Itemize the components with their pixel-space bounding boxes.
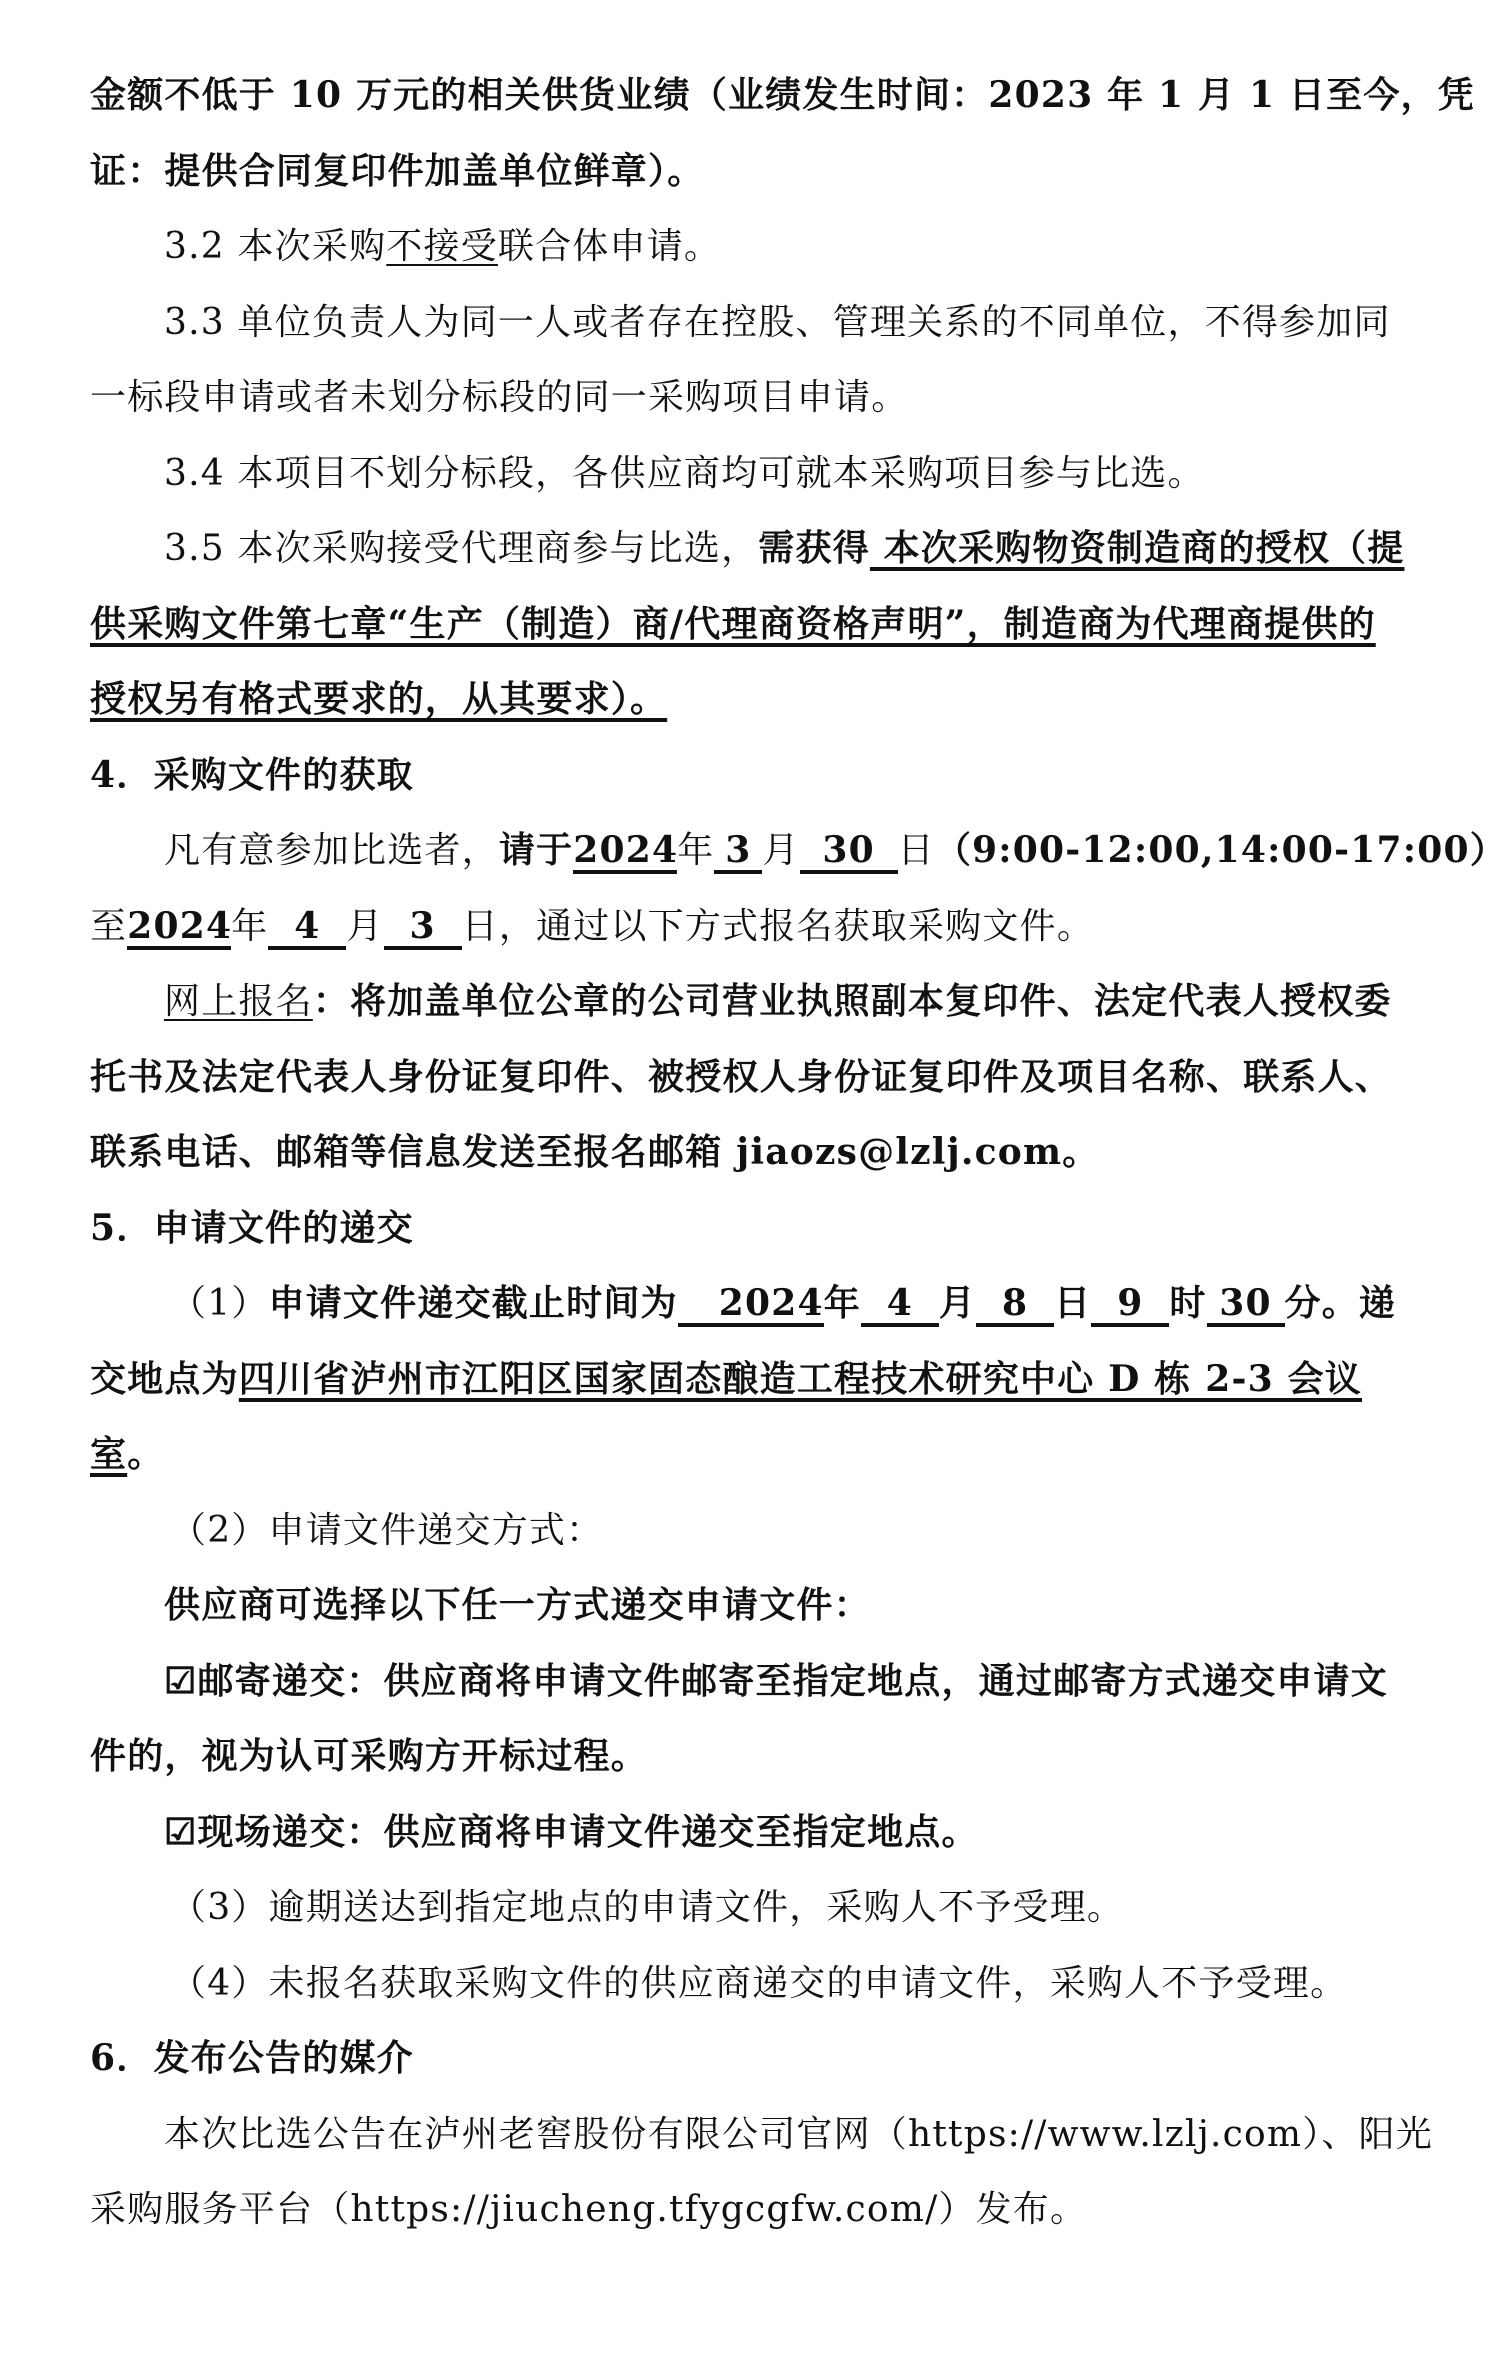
checked-box-icon: ☑ — [164, 1660, 197, 1702]
mail-option-line-1: ☑邮寄递交：供应商将申请文件邮寄至指定地点，通过邮寄方式递交申请文 — [90, 1644, 1412, 1720]
online-registration-line-1: 网上报名：将加盖单位公章的公司营业执照副本复印件、法定代表人授权委 — [90, 964, 1412, 1040]
mail-option-text: 邮寄递交：供应商将申请文件邮寄至指定地点，通过邮寄方式递交申请文 — [197, 1660, 1387, 1702]
office-hours: （9:00-12:00,14:00-17:00） — [935, 829, 1500, 871]
checked-box-icon: ☑ — [164, 1811, 197, 1853]
section-6-heading: 6．发布公告的媒介 — [90, 2021, 1412, 2097]
deadline-month-field: 4 — [861, 1283, 939, 1327]
from-day-field: 30 — [800, 830, 898, 874]
clause-3-5-text: 3.5 本次采购接受代理商参与比选， — [164, 528, 758, 569]
to-month-field: 4 — [268, 906, 346, 950]
acquisition-line-1: 凡有意参加比选者，请于2024年3月30日（9:00-12:00,14:00-1… — [90, 813, 1412, 889]
location-period: 。 — [127, 1433, 164, 1475]
to-day-field: 3 — [384, 906, 462, 950]
onsite-option-line: ☑现场递交：供应商将申请文件递交至指定地点。 — [90, 1795, 1412, 1871]
clause-3-2: 3.2 本次采购不接受联合体申请。 — [90, 209, 1412, 285]
acquisition-line-2: 至2024年4月3日，通过以下方式报名获取采购文件。 — [90, 889, 1412, 965]
to-label: 至 — [90, 906, 127, 947]
location-line-2: 室。 — [90, 1417, 1412, 1493]
submission-method-line: （2）申请文件递交方式： — [90, 1493, 1412, 1569]
clause-3-5-line-1: 3.5 本次采购接受代理商参与比选，需获得 本次采购物资制造商的授权（提 — [90, 511, 1412, 587]
section-5-heading: 5．申请文件的递交 — [90, 1191, 1412, 1267]
clause-3-3-line-1: 3.3 单位负责人为同一人或者存在控股、管理关系的不同单位，不得参加同 — [90, 285, 1412, 361]
from-year-field: 2024 — [573, 830, 677, 874]
deadline-line: （1）申请文件递交截止时间为2024年4月8日9时30分。递 — [90, 1266, 1412, 1342]
media-line-2: 采购服务平台（https://jiucheng.tfygcgfw.com/）发布… — [90, 2172, 1412, 2248]
clause-3-5-underline-2: 供采购文件第七章“生产（制造）商/代理商资格声明”，制造商为代理商提供的 — [90, 603, 1376, 645]
deadline-day-field: 8 — [976, 1283, 1054, 1327]
unregistered-line: （4）未报名获取采购文件的供应商递交的申请文件，采购人不予受理。 — [90, 1946, 1412, 2022]
year-label: 年 — [677, 830, 714, 871]
choose-method-line: 供应商可选择以下任一方式递交申请文件： — [90, 1568, 1412, 1644]
item-1-number: （1） — [170, 1283, 269, 1324]
onsite-option-text: 现场递交：供应商将申请文件递交至指定地点。 — [197, 1811, 978, 1853]
acquisition-intro: 凡有意参加比选者， — [164, 830, 499, 871]
qualification-line-2: 证：提供合同复印件加盖单位鲜章）。 — [90, 134, 1412, 210]
deadline-year-field: 2024 — [678, 1283, 824, 1327]
month-label: 月 — [939, 1282, 976, 1324]
online-registration-label: 网上报名 — [164, 981, 313, 1022]
day-label: 日 — [898, 830, 935, 871]
to-year-field: 2024 — [127, 906, 231, 950]
clause-3-2-end: 联合体申请。 — [498, 226, 721, 267]
mail-option-line-2: 件的，视为认可采购方开标过程。 — [90, 1719, 1412, 1795]
from-month-field: 3 — [714, 830, 762, 874]
clause-3-3-line-2: 一标段申请或者未划分标段的同一采购项目申请。 — [90, 360, 1412, 436]
location-line-1: 交地点为四川省泸州市江阳区国家固态酿造工程技术研究中心 D 栋 2-3 会议 — [90, 1342, 1412, 1418]
deadline-minute-field: 30 — [1207, 1283, 1285, 1327]
deadline-hour-field: 9 — [1091, 1283, 1169, 1327]
acquisition-method: ，通过以下方式报名获取采购文件。 — [499, 906, 1094, 947]
online-registration-line-3: 联系电话、邮箱等信息发送至报名邮箱 jiaozs@lzlj.com。 — [90, 1115, 1412, 1191]
clause-3-5-bold: 需获得 — [758, 527, 870, 569]
clause-3-5-line-2: 供采购文件第七章“生产（制造）商/代理商资格声明”，制造商为代理商提供的 — [90, 587, 1412, 663]
clause-3-5-underline-3: 授权另有格式要求的，从其要求）。 — [90, 678, 667, 720]
day-label: 日 — [462, 906, 499, 947]
document-page: 金额不低于 10 万元的相关供货业绩（业绩发生时间：2023 年 1 月 1 日… — [90, 58, 1412, 2248]
online-registration-text: ：将加盖单位公章的公司营业执照副本复印件、法定代表人授权委 — [313, 980, 1392, 1022]
month-label: 月 — [346, 906, 383, 947]
section-4-heading: 4．采购文件的获取 — [90, 738, 1412, 814]
location-address-end: 室 — [90, 1433, 127, 1475]
acquisition-please: 请于 — [499, 829, 573, 871]
month-label: 月 — [762, 830, 799, 871]
media-line-1: 本次比选公告在泸州老窖股份有限公司官网（https://www.lzlj.com… — [90, 2097, 1412, 2173]
online-registration-line-2: 托书及法定代表人身份证复印件、被授权人身份证复印件及项目名称、联系人、 — [90, 1040, 1412, 1116]
clause-3-4: 3.4 本项目不划分标段，各供应商均可就本采购项目参与比选。 — [90, 436, 1412, 512]
not-accepted-text: 不接受 — [386, 226, 498, 267]
minute-label: 分。递 — [1285, 1282, 1397, 1324]
hour-label: 时 — [1169, 1282, 1206, 1324]
location-label: 交地点为 — [90, 1358, 239, 1400]
year-label: 年 — [824, 1282, 861, 1324]
location-address: 四川省泸州市江阳区国家固态酿造工程技术研究中心 D 栋 2-3 会议 — [239, 1358, 1362, 1400]
day-label: 日 — [1054, 1282, 1091, 1324]
clause-3-5-line-3: 授权另有格式要求的，从其要求）。 — [90, 662, 1412, 738]
clause-3-5-underline-1: 本次采购物资制造商的授权（提 — [870, 527, 1405, 569]
qualification-line-1: 金额不低于 10 万元的相关供货业绩（业绩发生时间：2023 年 1 月 1 日… — [90, 58, 1412, 134]
clause-3-2-text: 3.2 本次采购 — [164, 226, 386, 267]
year-label: 年 — [231, 906, 268, 947]
deadline-label: 申请文件递交截止时间为 — [269, 1282, 678, 1324]
late-submission-line: （3）逾期送达到指定地点的申请文件，采购人不予受理。 — [90, 1870, 1412, 1946]
